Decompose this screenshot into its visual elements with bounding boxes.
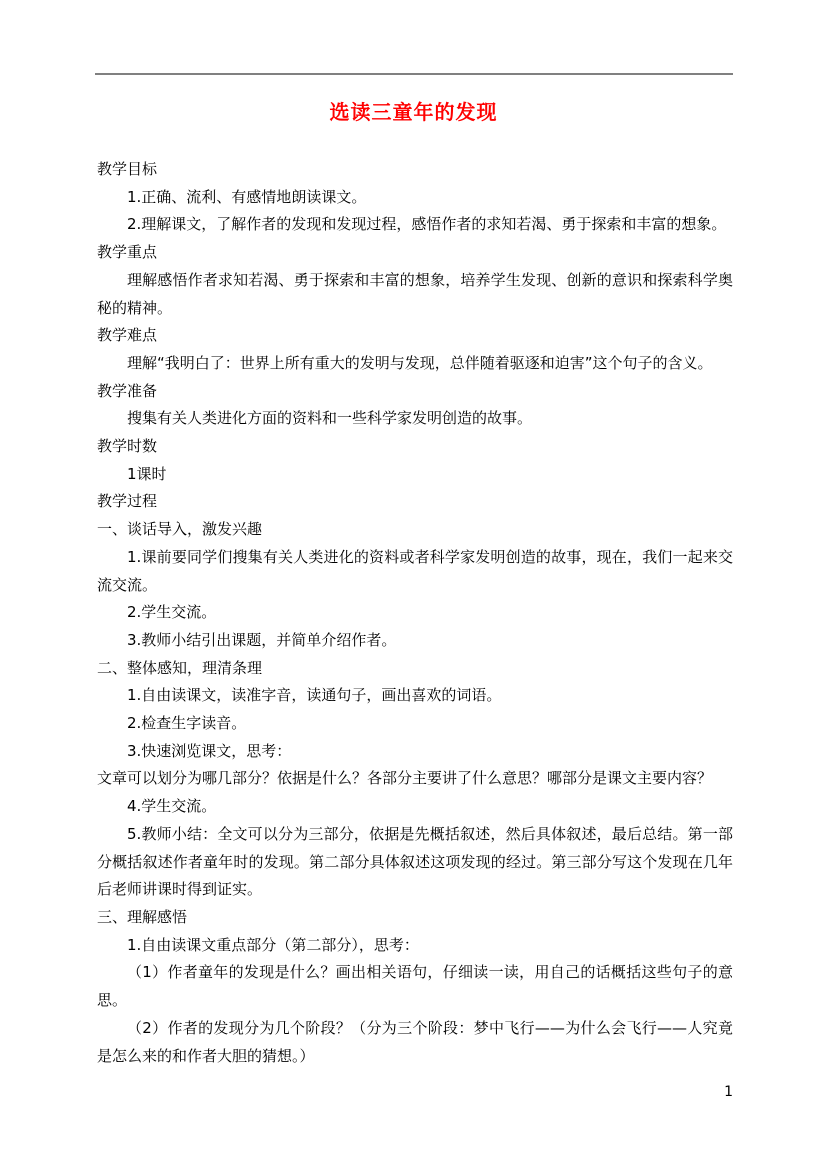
paragraph: 2.学生交流。 [97,599,733,627]
document-body: 教学目标1.正确、流利、有感情地朗读课文。2.理解课文，了解作者的发现和发现过程… [97,156,733,1070]
page-footer: 1 [97,1082,733,1102]
paragraph: 1.正确、流利、有感情地朗读课文。 [97,184,733,212]
paragraph: 教学过程 [97,488,733,516]
header-divider [95,73,733,75]
paragraph: 教学重点 [97,239,733,267]
paragraph: 1.课前要同学们搜集有关人类进化的资料或者科学家发明创造的故事，现在，我们一起来… [97,544,733,599]
paragraph: 文章可以划分为哪几部分？依据是什么？各部分主要讲了什么意思？哪部分是课文主要内容… [97,765,733,793]
paragraph: 1.自由读课文重点部分（第二部分），思考： [97,932,733,960]
paragraph: 教学难点 [97,322,733,350]
paragraph: 3.快速浏览课文，思考： [97,738,733,766]
paragraph: （1）作者童年的发现是什么？画出相关语句，仔细读一读，用自己的话概括这些句子的意… [97,959,733,1014]
paragraph: 二、整体感知，理清条理 [97,655,733,683]
paragraph: 4.学生交流。 [97,793,733,821]
paragraph: 教学时数 [97,433,733,461]
paragraph: 3.教师小结引出课题，并简单介绍作者。 [97,627,733,655]
paragraph: （2）作者的发现分为几个阶段？（分为三个阶段：梦中飞行——为什么会飞行——人究竟… [97,1015,733,1070]
document-title: 选读三童年的发现 [0,96,827,125]
paragraph: 教学准备 [97,378,733,406]
paragraph: 搜集有关人类进化方面的资料和一些科学家发明创造的故事。 [97,405,733,433]
document-page: 选读三童年的发现 教学目标1.正确、流利、有感情地朗读课文。2.理解课文，了解作… [0,0,827,1170]
paragraph: 教学目标 [97,156,733,184]
paragraph: 1.自由读课文，读准字音，读通句子，画出喜欢的词语。 [97,682,733,710]
paragraph: 2.检查生字读音。 [97,710,733,738]
paragraph: 三、理解感悟 [97,904,733,932]
paragraph: 1课时 [97,461,733,489]
paragraph: 2.理解课文，了解作者的发现和发现过程，感悟作者的求知若渴、勇于探索和丰富的想象… [97,211,733,239]
paragraph: 一、谈话导入，激发兴趣 [97,516,733,544]
page-number: 1 [724,1084,733,1100]
paragraph: 理解“我明白了：世界上所有重大的发明与发现，总伴随着驱逐和迫害”这个句子的含义。 [97,350,733,378]
paragraph: 5.教师小结：全文可以分为三部分，依据是先概括叙述，然后具体叙述，最后总结。第一… [97,821,733,904]
paragraph: 理解感悟作者求知若渴、勇于探索和丰富的想象，培养学生发现、创新的意识和探索科学奥… [97,267,733,322]
